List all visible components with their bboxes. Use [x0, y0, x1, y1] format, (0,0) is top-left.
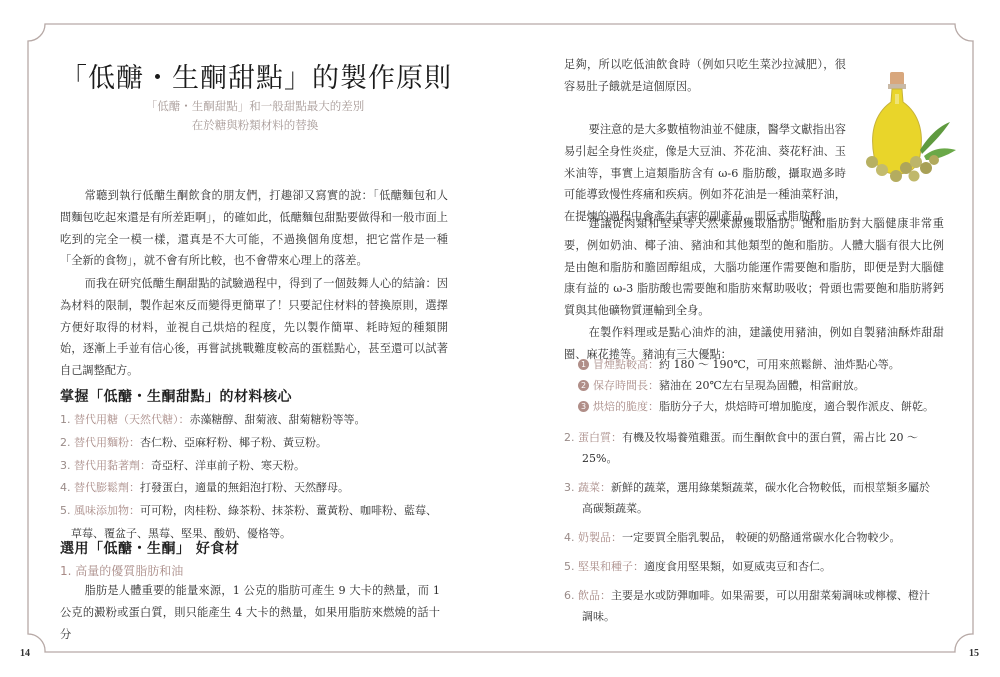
- list-item: 6. 飲品：主要是水或防彈咖啡。如果需要，可以用甜菜菊調味或檸檬、橙汁 調味。: [564, 585, 954, 627]
- list-item: 4. 替代膨鬆劑：打發蛋白，適量的無鋁泡打粉、天然酵母。: [60, 477, 455, 500]
- list-item: 2保存時間長：豬油在 20℃左右呈現為固體，相當耐放。: [578, 375, 958, 396]
- list-item: 2. 替代用麵粉：杏仁粉、亞麻籽粉、椰子粉、黃豆粉。: [60, 432, 455, 455]
- number-badge-icon: 2: [578, 380, 589, 391]
- list-item: 5. 風味添加物：可可粉，肉桂粉、綠茶粉、抹茶粉、薑黃粉、咖啡粉、藍莓、: [60, 500, 455, 523]
- list-item: 5. 堅果和種子：適度食用堅果類，如夏威夷豆和杏仁。: [564, 556, 954, 577]
- item-label: 替代用糖（天然代糖）：: [74, 413, 190, 426]
- intro-paragraph-1: 常聽到執行低醣生酮飲食的朋友們，打趣卻又寫實的說：「低醣麵包和人間麵包吃起來還是…: [60, 185, 448, 272]
- continued-paragraph: 足夠，所以吃低油飲食時（例如只吃生菜沙拉減肥），很容易肚子餓就是這個原因。: [564, 54, 846, 98]
- fat-paragraph: 脂肪是人體重要的能量來源，1 公克的脂肪可產生 9 大卡的熱量，而 1 公克的澱…: [60, 580, 440, 645]
- food-items-list: 2. 蛋白質：有機及牧場養殖雞蛋。而生酮飲食中的蛋白質，需占比 20 ～ 25%…: [564, 427, 954, 635]
- page-number-left: 14: [20, 648, 30, 659]
- list-item: 4. 奶製品：一定要買全脂乳製品， 較硬的奶酪通常碳水化合物較少。: [564, 527, 954, 548]
- page-title: 「低醣・生酮甜點」的製作原則: [60, 56, 440, 95]
- lard-advantages-list: 1冒煙點較高：約 180 ～ 190℃，可用來煎鬆餅、油炸點心等。 2保存時間長…: [578, 354, 958, 417]
- vegetable-oil-paragraph: 要注意的是大多數植物油並不健康，醫學文獻指出容易引起全身性炎症，像是大豆油、芥花…: [564, 119, 846, 228]
- item-label: 替代膨鬆劑：: [74, 481, 140, 494]
- olive-oil-image: [850, 64, 960, 186]
- number-badge-icon: 3: [578, 401, 589, 412]
- list-item: 3. 蔬菜：新鮮的蔬菜，選用綠葉類蔬菜，碳水化合物較低，而根莖類多屬於 高碳類蔬…: [564, 477, 954, 519]
- page-subtitle: 「低醣・生酮甜點」和一般甜點最大的差別 在於糖與粉類材料的替換: [60, 97, 450, 135]
- list-item: 3. 替代用黏著劑：奇亞籽、洋車前子粉、寒天粉。: [60, 455, 455, 478]
- section-heading-good-ingredients: 選用「低醣・生酮」 好食材: [60, 538, 239, 558]
- saturated-fat-paragraph: 建議從肉類和堅果等天然來源獲取脂肪。飽和脂肪對大腦健康非常重要，例如奶油、椰子油…: [564, 213, 944, 322]
- ingredient-core-list: 1. 替代用糖（天然代糖）：赤藻糖醇、甜菊液、甜菊糖粉等等。 2. 替代用麵粉：…: [60, 409, 455, 546]
- list-item: 2. 蛋白質：有機及牧場養殖雞蛋。而生酮飲食中的蛋白質，需占比 20 ～ 25%…: [564, 427, 954, 469]
- list-item: 1冒煙點較高：約 180 ～ 190℃，可用來煎鬆餅、油炸點心等。: [578, 354, 958, 375]
- subtitle-line-1: 「低醣・生酮甜點」和一般甜點最大的差別: [60, 97, 450, 116]
- subheading-quality-fats: 1. 高量的優質脂肪和油: [60, 562, 183, 579]
- list-item: 3烘焙的脆度：脂肪分子大，烘焙時可增加脆度，適合製作派皮、餅乾。: [578, 396, 958, 417]
- intro-paragraph-2: 而我在研究低醣生酮甜點的試驗過程中，得到了一個鼓舞人心的結論：因為材料的限制，製…: [60, 273, 448, 382]
- list-item: 1. 替代用糖（天然代糖）：赤藻糖醇、甜菊液、甜菊糖粉等等。: [60, 409, 455, 432]
- item-label: 替代用黏著劑：: [74, 459, 151, 472]
- item-label: 替代用麵粉：: [74, 436, 140, 449]
- section-heading-ingredient-core: 掌握「低醣・生酮甜點」的材料核心: [60, 386, 292, 406]
- number-badge-icon: 1: [578, 359, 589, 370]
- subtitle-line-2: 在於糖與粉類材料的替換: [60, 116, 450, 135]
- page-number-right: 15: [969, 648, 979, 659]
- item-label: 風味添加物：: [74, 504, 140, 517]
